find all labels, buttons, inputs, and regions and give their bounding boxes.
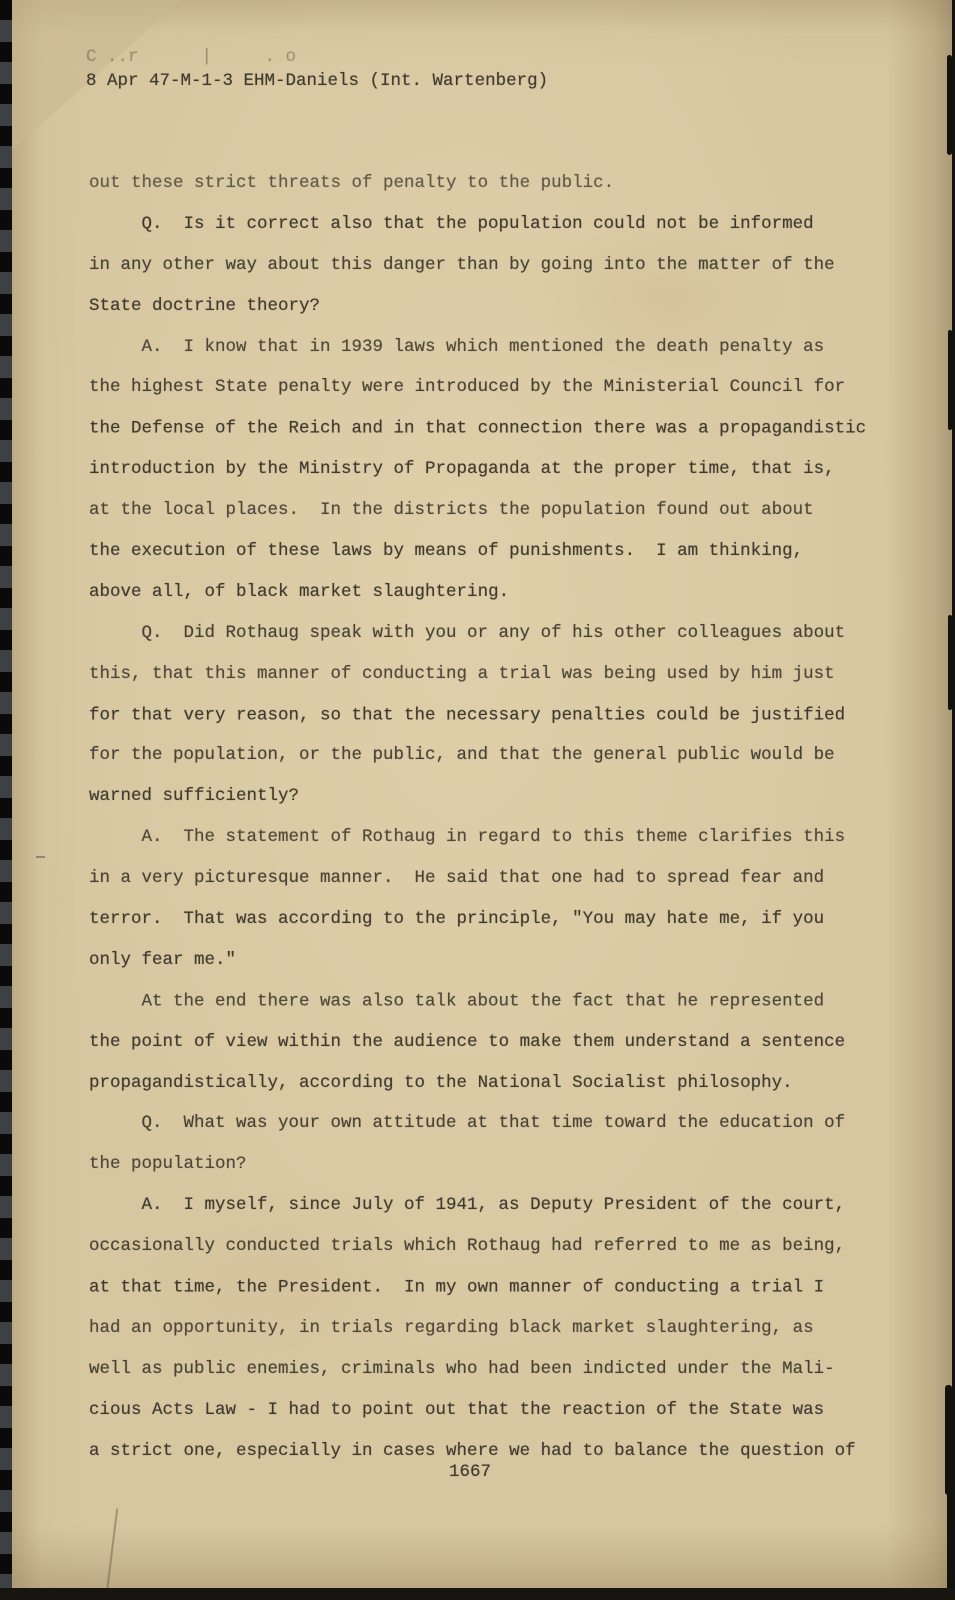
scan-bottom-edge <box>0 1588 955 1600</box>
body-line: At the end there was also talk about the… <box>89 981 922 1022</box>
body-line: cious Acts Law - I had to point out that… <box>89 1390 922 1431</box>
torn-edge-notch <box>948 330 952 430</box>
body-line: the population? <box>89 1144 922 1185</box>
answer-line: A. I know that in 1939 laws which mentio… <box>89 327 922 368</box>
answer-line: A. I myself, since July of 1941, as Depu… <box>89 1185 922 1226</box>
body-line: above all, of black market slaughtering. <box>89 572 922 613</box>
page-number: 1667 <box>449 1462 491 1482</box>
body-line: in any other way about this danger than … <box>89 245 922 286</box>
body-line: propagandistically, according to the Nat… <box>89 1063 922 1104</box>
body-line: only fear me." <box>89 940 922 981</box>
scanned-document-page: C ..r | . o 8 Apr 47-M-1-3 EHM-Daniels (… <box>0 0 955 1600</box>
body-line: introduction by the Ministry of Propagan… <box>89 449 922 490</box>
body-line: out these strict threats of penalty to t… <box>89 163 922 204</box>
body-line: warned sufficiently? <box>89 776 922 817</box>
body-line: at the local places. In the districts th… <box>89 490 922 531</box>
question-line: Q. Did Rothaug speak with you or any of … <box>89 613 922 654</box>
body-line: the execution of these laws by means of … <box>89 531 922 572</box>
body-line: this, that this manner of conducting a t… <box>89 654 922 695</box>
body-line: the highest State penalty were introduce… <box>89 367 922 408</box>
body-line: in a very picturesque manner. He said th… <box>89 858 922 899</box>
torn-edge-notch <box>947 55 952 155</box>
body-line: the Defense of the Reich and in that con… <box>89 409 922 450</box>
transcript-dateline: 8 Apr 47-M-1-3 EHM-Daniels (Int. Wartenb… <box>86 68 548 94</box>
stray-margin-dash <box>36 856 45 858</box>
question-line: Q. What was your own attitude at that ti… <box>89 1103 922 1144</box>
torn-edge-notch <box>945 1385 952 1495</box>
body-line: State doctrine theory? <box>89 286 922 327</box>
question-line: Q. Is it correct also that the populatio… <box>89 204 922 245</box>
body-line: terror. That was according to the princi… <box>89 899 922 940</box>
paper-sheet: C ..r | . o 8 Apr 47-M-1-3 EHM-Daniels (… <box>12 0 952 1589</box>
pencil-crease-mark <box>106 1508 118 1594</box>
torn-edge-notch <box>948 615 952 710</box>
body-line: for the population, or the public, and t… <box>89 735 922 776</box>
body-line: occasionally conducted trials which Roth… <box>89 1226 922 1267</box>
body-line: had an opportunity, in trials regarding … <box>89 1308 922 1349</box>
body-line: well as public enemies, criminals who ha… <box>89 1349 922 1390</box>
body-line: the point of view within the audience to… <box>89 1022 922 1063</box>
answer-line: A. The statement of Rothaug in regard to… <box>89 817 922 858</box>
body-line: for that very reason, so that the necess… <box>89 695 922 736</box>
transcript-body: out these strict threats of penalty to t… <box>89 163 922 1472</box>
body-line: at that time, the President. In my own m… <box>89 1268 922 1309</box>
faint-ghost-text: C ..r | . o <box>86 46 548 68</box>
torn-edge-notch <box>947 1490 952 1590</box>
page-header: C ..r | . o 8 Apr 47-M-1-3 EHM-Daniels (… <box>86 46 548 94</box>
